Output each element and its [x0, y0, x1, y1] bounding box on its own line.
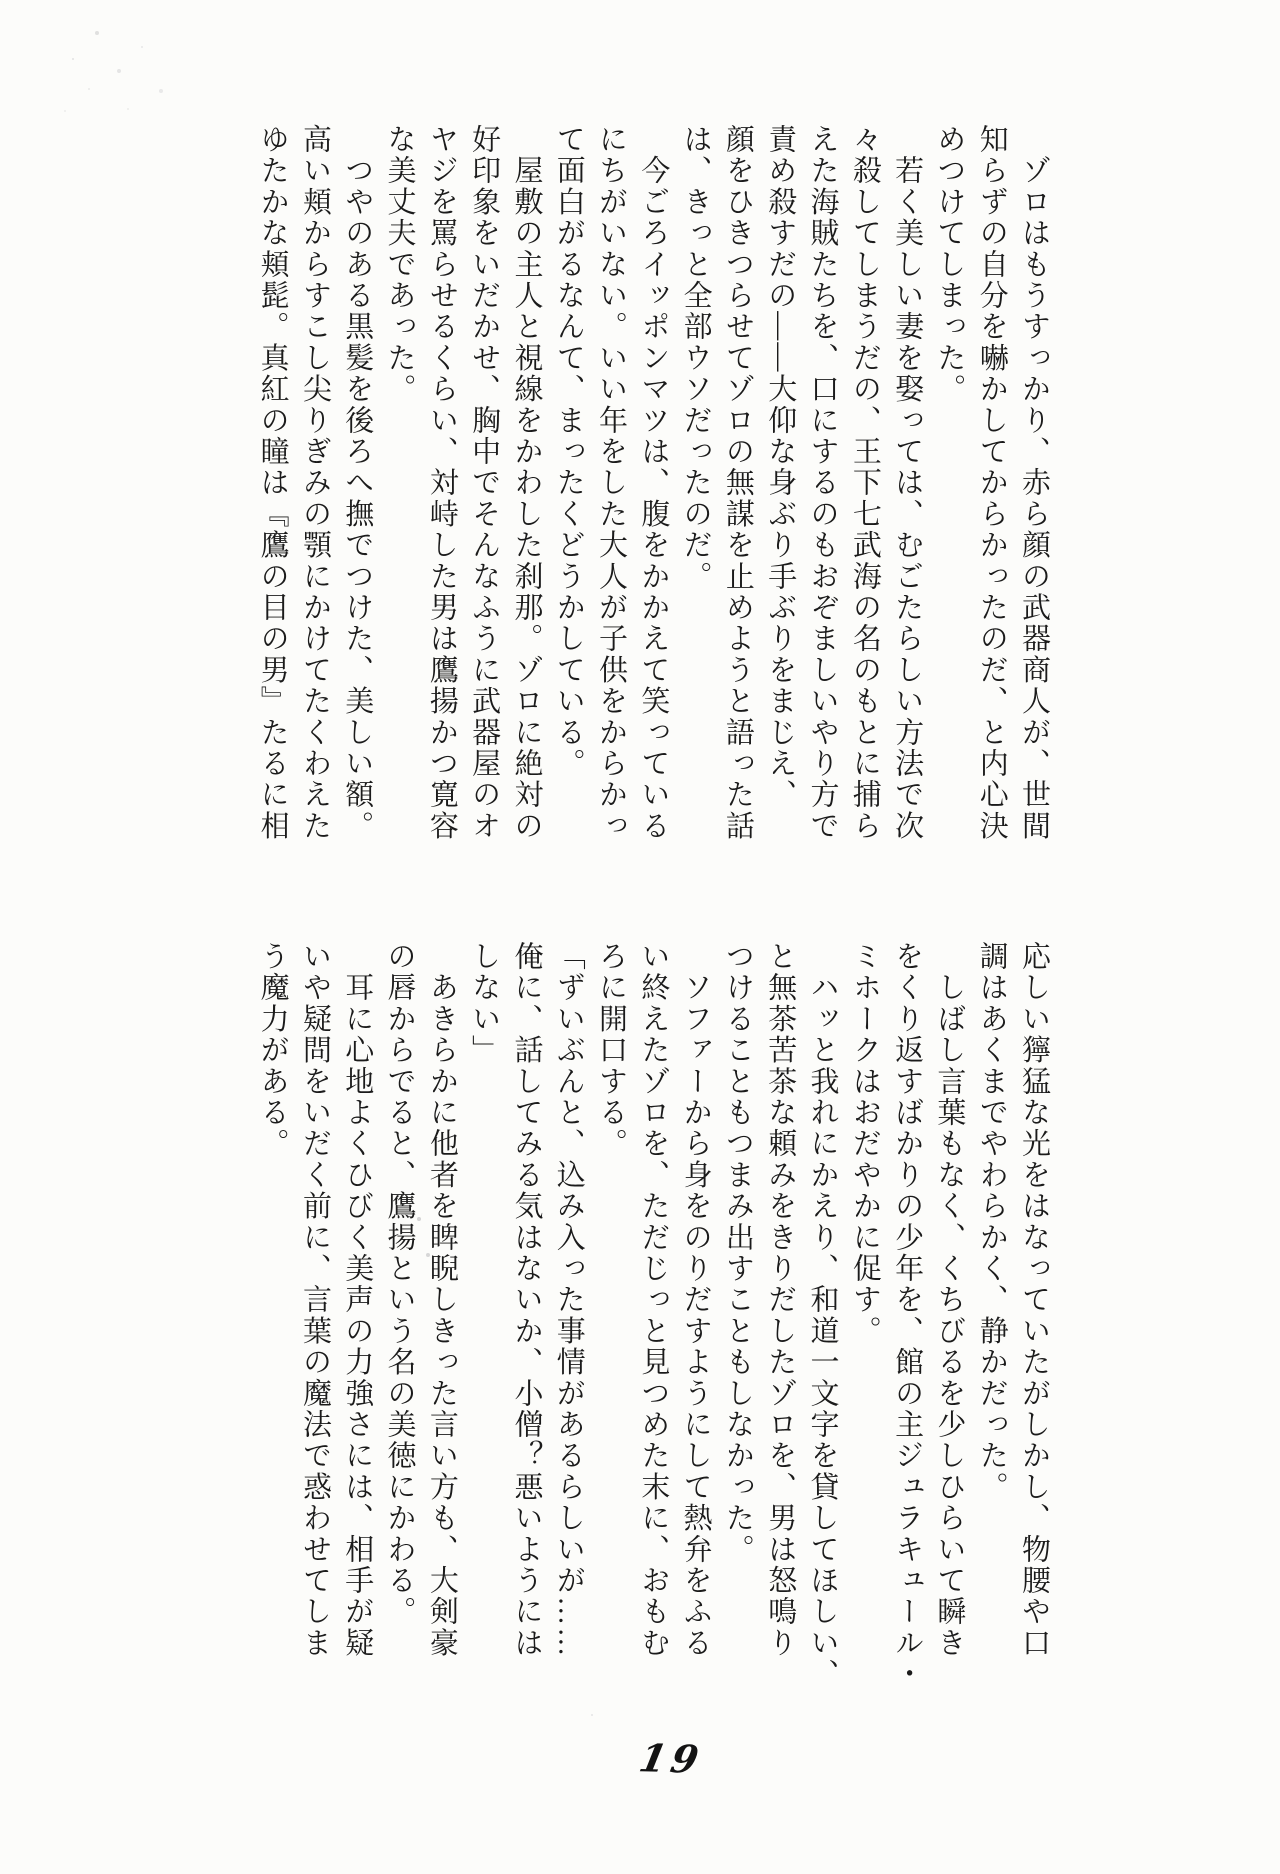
- text-column: ミホークはおだやかに促す。: [844, 941, 886, 1663]
- scanned-page: ゾロはもうすっかり、赤ら顔の武器商人が、世間 知らずの自分を嚇かしてからかったの…: [0, 0, 1280, 1874]
- text-column: 応しい獰猛な光をはなっていたがしかし、物腰や口: [1013, 941, 1055, 1663]
- text-column: い終えたゾロを、ただじっと見つめた末に、おもむ: [632, 941, 674, 1663]
- text-column: ゾロはもうすっかり、赤ら顔の武器商人が、世間: [1013, 124, 1055, 846]
- text-column: ハッと我れにかえり、和道一文字を貸してほしい、: [801, 941, 843, 1663]
- text-column: て面白がるなんて、まったくどうかしている。: [547, 124, 589, 846]
- text-column: えた海賊たちを、口にするのもおぞましいやり方で: [801, 124, 843, 846]
- text-column: しばし言葉もなく、くちびるを少しひらいて瞬き: [928, 941, 970, 1663]
- text-column: をくり返すばかりの少年を、館の主ジュラキュール・: [886, 941, 928, 1663]
- text-column: 顔をひきつらせてゾロの無謀を止めようと語った話: [717, 124, 759, 846]
- text-block-upper: ゾロはもうすっかり、赤ら顔の武器商人が、世間 知らずの自分を嚇かしてからかったの…: [250, 124, 1055, 846]
- text-column: 「ずいぶんと、込み入った事情があるらしいが……: [547, 941, 589, 1663]
- text-column: ろに開口する。: [590, 941, 632, 1663]
- text-column: う魔力がある。: [251, 941, 293, 1663]
- text-column: ゆたかな頬髭。真紅の瞳は『鷹の目の男』たるに相: [251, 124, 293, 846]
- text-column: しない」: [463, 941, 505, 1663]
- text-column: 高い頬からすこし尖りぎみの顎にかけてたくわえた: [294, 124, 336, 846]
- text-column: 好印象をいだかせ、胸中でそんなふうに武器屋のオ: [463, 124, 505, 846]
- text-column: 俺に、話してみる気はないか、小僧？悪いようには: [505, 941, 547, 1663]
- scan-noise: [0, 0, 2, 2]
- text-column: ヤジを罵らせるくらい、対峙した男は鷹揚かつ寛容: [421, 124, 463, 846]
- text-column: 責め殺すだの――大仰な身ぶり手ぶりをまじえ、: [759, 124, 801, 846]
- text-column: と無茶苦茶な頼みをきりだしたゾロを、男は怒鳴り: [759, 941, 801, 1663]
- text-column: つけることもつまみ出すこともしなかった。: [717, 941, 759, 1663]
- text-column: 々殺してしまうだの、王下七武海の名のもとに捕ら: [844, 124, 886, 846]
- text-column: いや疑問をいだく前に、言葉の魔法で惑わせてしま: [294, 941, 336, 1663]
- text-column: あきらかに他者を睥睨しきった言い方も、大剣豪: [421, 941, 463, 1663]
- text-column: 知らずの自分を嚇かしてからかったのだ、と内心決: [970, 124, 1012, 846]
- text-column: つやのある黒髪を後ろへ撫でつけた、美しい額。: [336, 124, 378, 846]
- text-block-lower: 応しい獰猛な光をはなっていたがしかし、物腰や口 調はあくまでやわらかく、静かだっ…: [250, 941, 1055, 1663]
- text-column: 屋敷の主人と視線をかわした刹那。ゾロに絶対の: [505, 124, 547, 846]
- text-column: 耳に心地よくひびく美声の力強さには、相手が疑: [336, 941, 378, 1663]
- text-column: 調はあくまでやわらかく、静かだった。: [970, 941, 1012, 1663]
- page-number: 19: [636, 1735, 708, 1782]
- text-column: な美丈夫であった。: [378, 124, 420, 846]
- text-column: にちがいない。いい年をした大人が子供をからかっ: [590, 124, 632, 846]
- text-column: の唇からでると、鷹揚という名の美徳にかわる。: [378, 941, 420, 1663]
- text-column: めつけてしまった。: [928, 124, 970, 846]
- text-column: は、きっと全部ウソだったのだ。: [674, 124, 716, 846]
- text-column: 若く美しい妻を娶っては、むごたらしい方法で次: [886, 124, 928, 846]
- text-column: 今ごろイッポンマツは、腹をかかえて笑っている: [632, 124, 674, 846]
- text-column: ソファーから身をのりだすようにして熱弁をふる: [674, 941, 716, 1663]
